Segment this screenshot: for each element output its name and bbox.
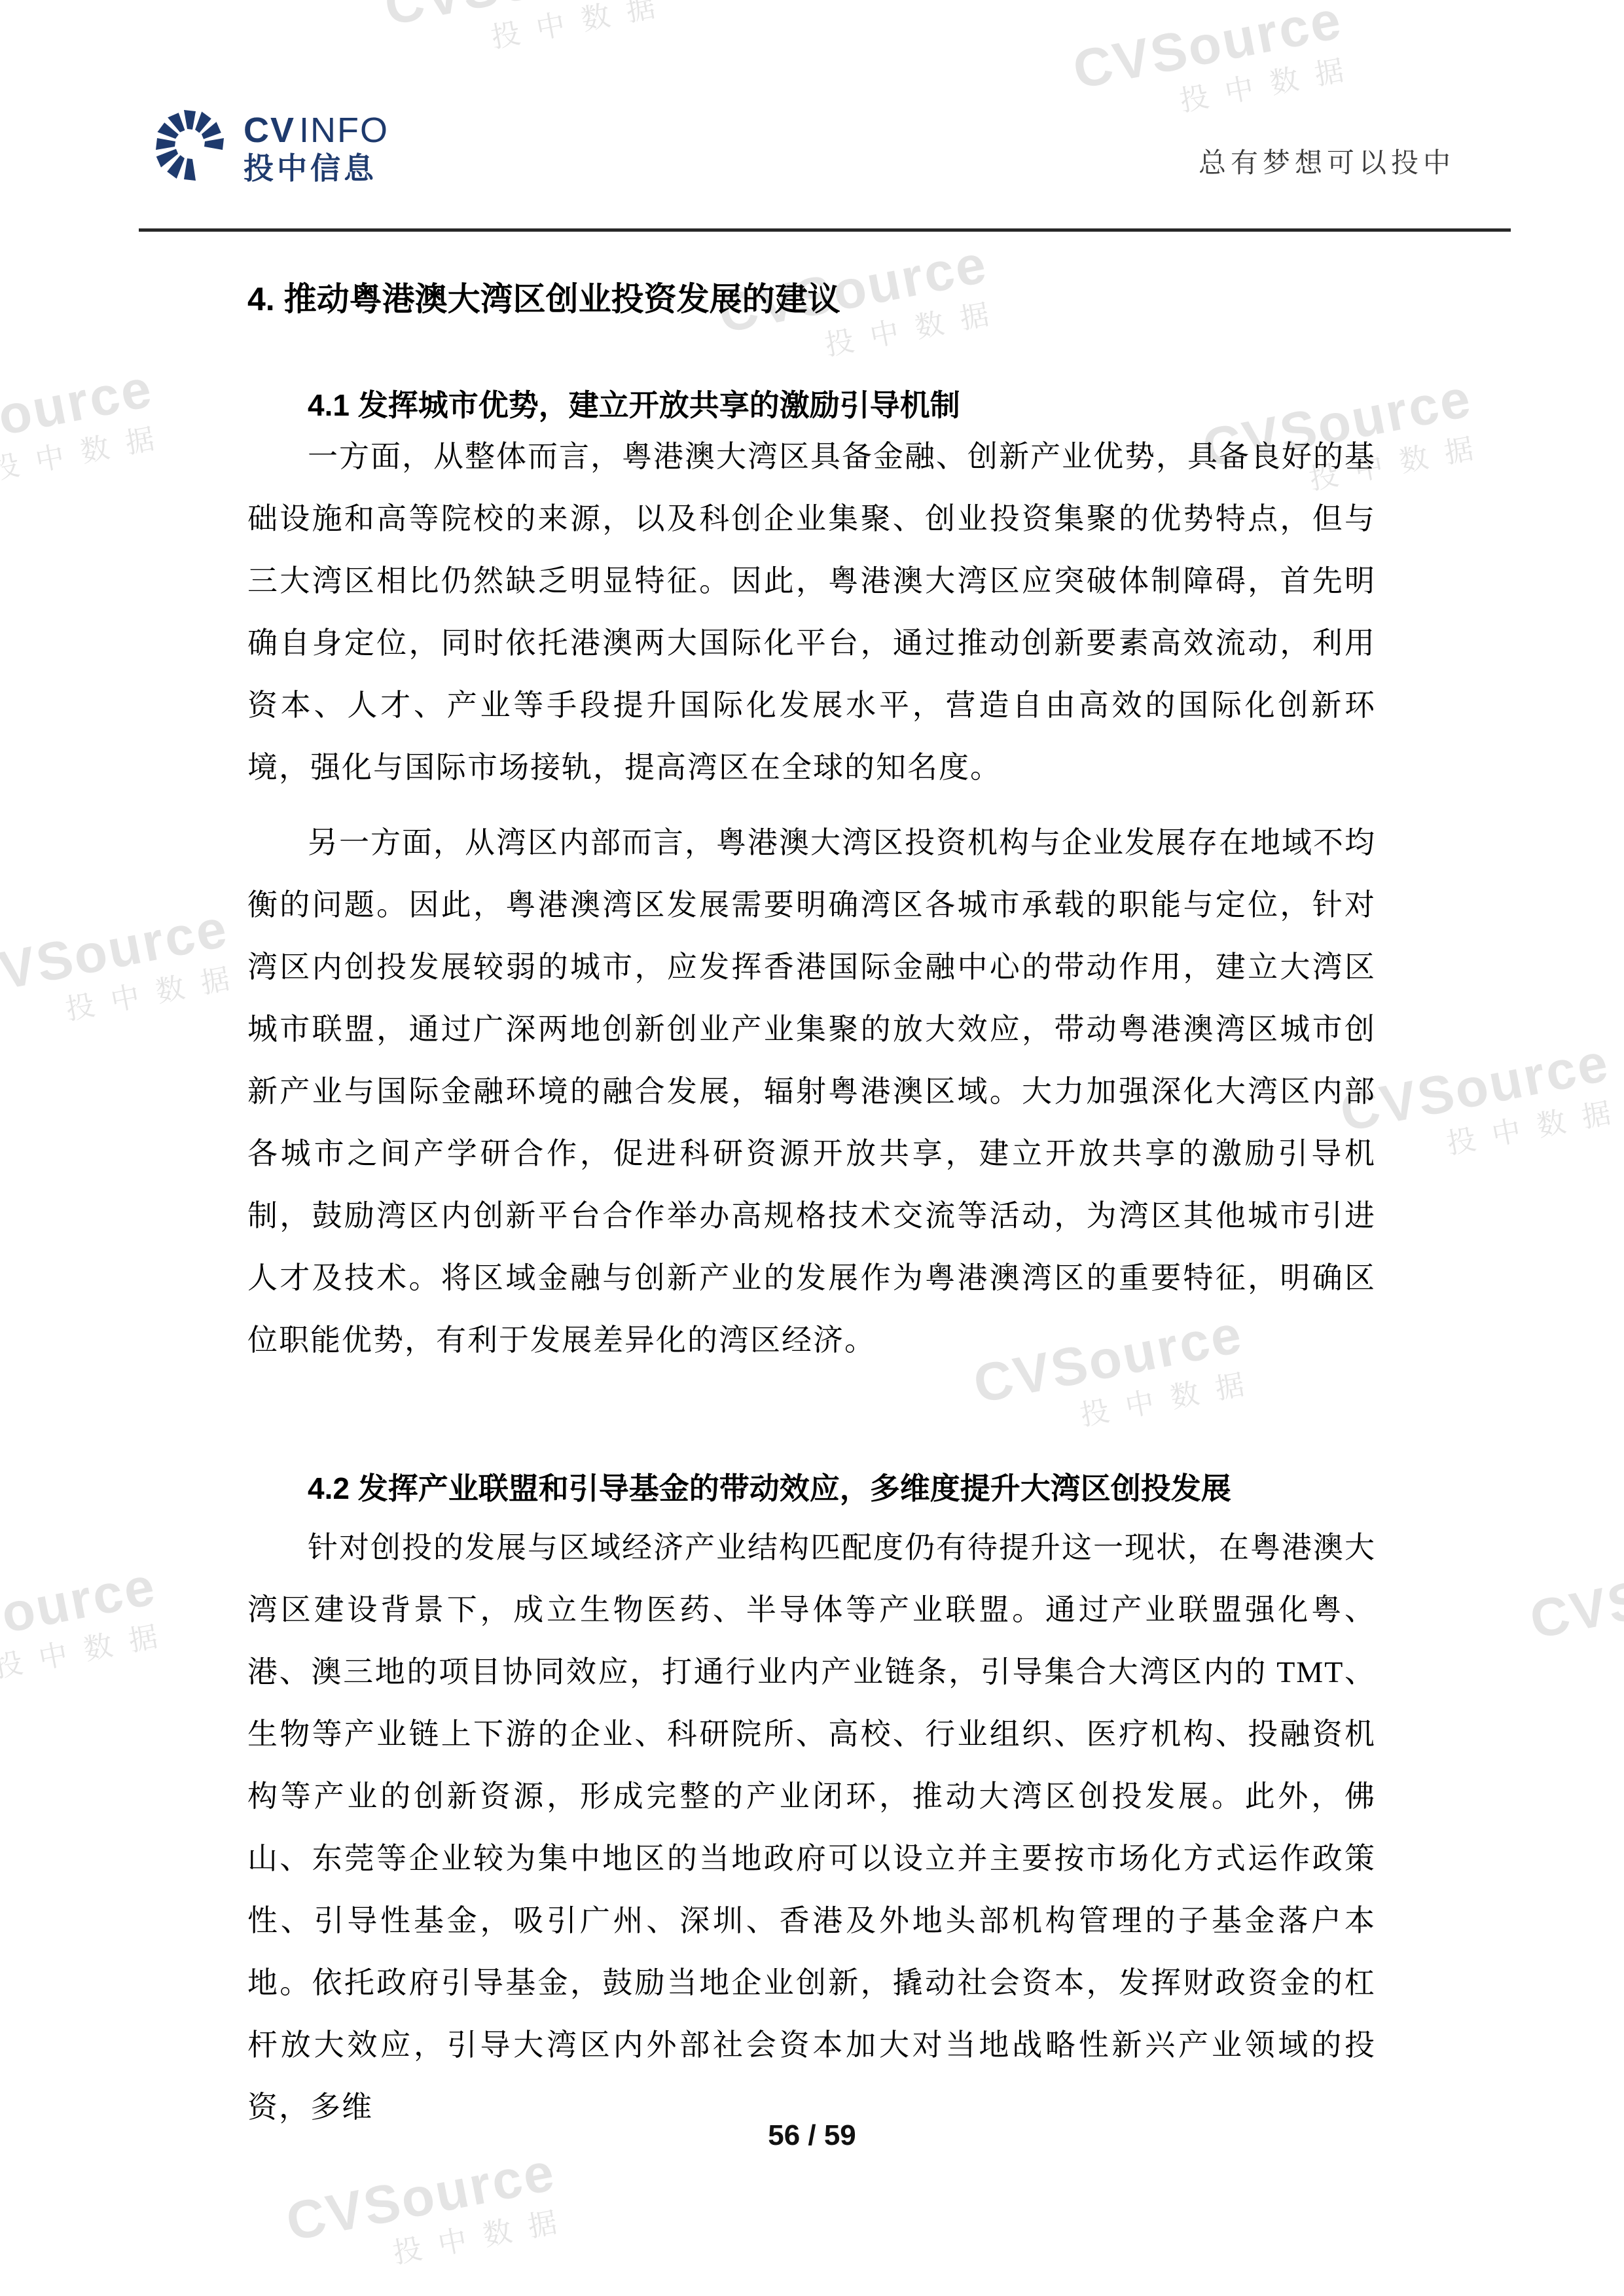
chapter-title: 4. 推动粤港澳大湾区创业投资发展的建议: [247, 278, 1376, 321]
paragraph: 一方面，从整体而言，粤港澳大湾区具备金融、创新产业优势，具备良好的基础设施和高等…: [247, 425, 1376, 798]
logo-cv: CV: [244, 111, 295, 150]
header-divider-rule: [139, 228, 1511, 232]
logo-chinese-name: 投中信息: [244, 153, 389, 183]
watermark: CVSource 投中数据: [0, 355, 175, 509]
watermark-brand: CVSource: [1068, 0, 1356, 101]
watermark-brand: CVSource: [0, 895, 242, 1010]
watermark-brand: CVSource: [1525, 1537, 1624, 1651]
watermark: CVSource 投中数据: [281, 2139, 577, 2292]
watermark-brand: CVSource: [281, 2139, 569, 2253]
watermark-sub: 投中数据: [0, 416, 175, 490]
watermark-brand: CVSource: [380, 0, 668, 38]
document-body: 4. 推动粤港澳大湾区创业投资发展的建议 4.1 发挥城市优势，建立开放共享的激…: [247, 278, 1376, 2138]
cvinfo-logo-text: CVINFO 投中信息: [244, 113, 389, 183]
watermark: CVSource 投中数据: [0, 1553, 178, 1706]
watermark-sub: 投中数据: [1176, 48, 1363, 121]
watermark: CVSource 投中数据: [1525, 1537, 1624, 1690]
paragraph: 针对创投的发展与区域经济产业结构匹配度仍有待提升这一现状，在粤港澳大湾区建设背景…: [247, 1516, 1376, 2138]
watermark-sub: 投中数据: [389, 2200, 577, 2273]
cvinfo-pinwheel-logo-icon: [151, 105, 229, 183]
watermark-sub: 投中数据: [488, 0, 675, 58]
report-page: CVSource 投中数据 CVSource 投中数据 CVSource 投中数…: [0, 0, 1624, 2296]
section-heading-4-2: 4.2 发挥产业联盟和引导基金的带动效应，多维度提升大湾区创投发展: [247, 1468, 1376, 1509]
watermark-sub: 投中数据: [0, 1614, 178, 1687]
section-heading-4-1: 4.1 发挥城市优势，建立开放共享的激励引导机制: [247, 385, 1376, 425]
header-tagline: 总有梦想可以投中: [1199, 141, 1455, 181]
logo-info: INFO: [299, 111, 389, 150]
watermark: CVSource 投中数据: [0, 895, 250, 1049]
watermark-sub: 投中数据: [62, 956, 249, 1030]
watermark-sub: 投中数据: [1443, 1090, 1624, 1164]
watermark: CVSource 投中数据: [380, 0, 676, 77]
watermark: CVSource 投中数据: [1068, 0, 1364, 140]
watermark-brand: CVSource: [1335, 1030, 1623, 1144]
paragraph: 另一方面，从湾区内部而言，粤港澳大湾区投资机构与企业发展存在地域不均衡的问题。因…: [247, 812, 1376, 1371]
logo-latin-line: CVINFO: [244, 113, 389, 148]
watermark-brand: CVSource: [0, 355, 167, 470]
watermark-brand: CVSource: [0, 1553, 170, 1668]
page-number: 56 / 59: [0, 2119, 1624, 2152]
watermark: CVSource 投中数据: [1335, 1030, 1624, 1183]
